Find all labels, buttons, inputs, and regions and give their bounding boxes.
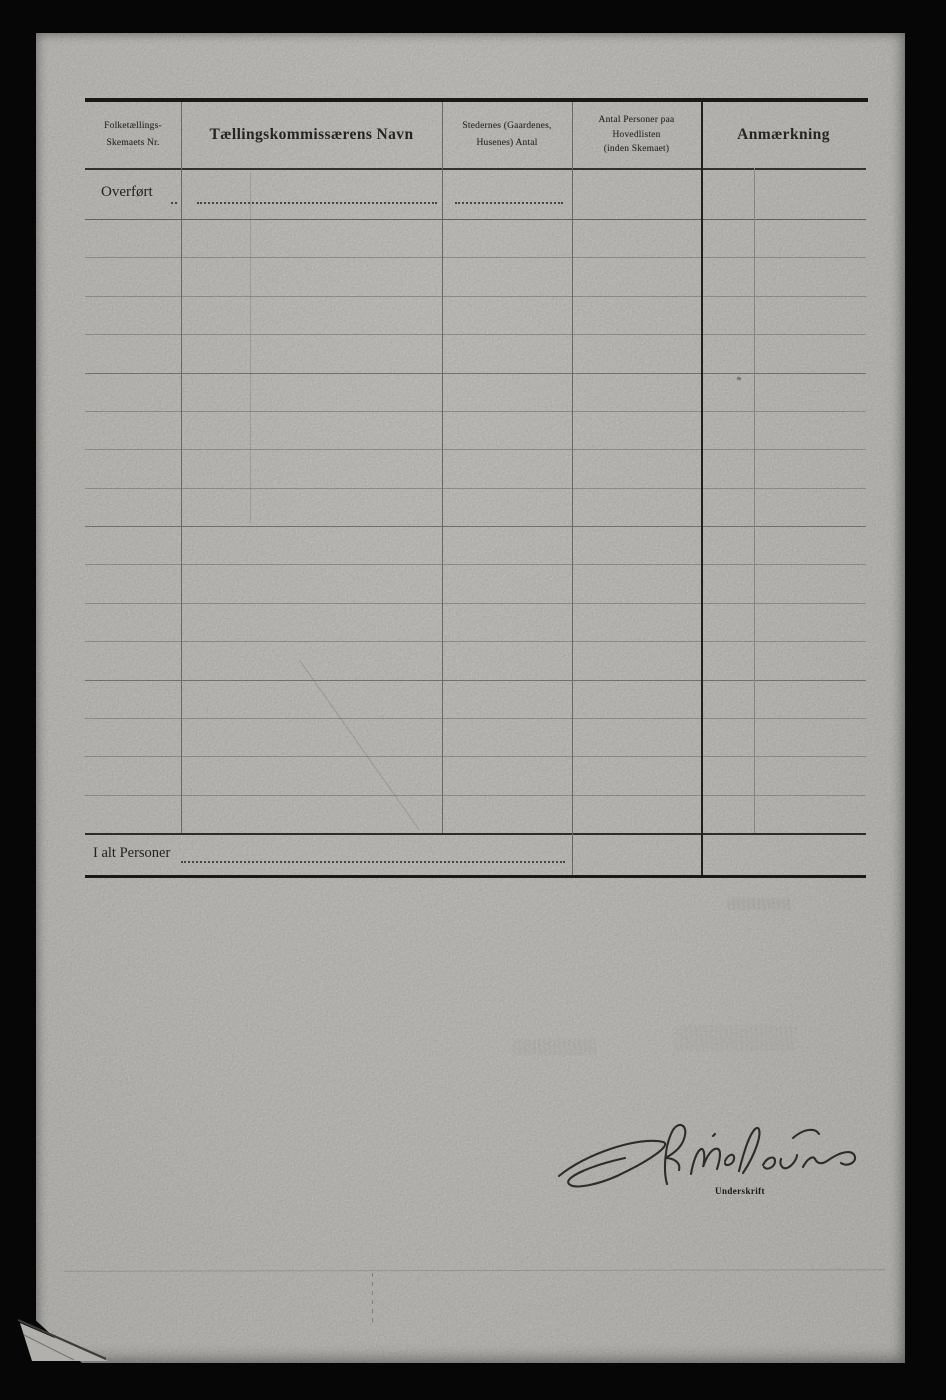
column-header-kommissaer-navn: Tællingskommissærens Navn (181, 102, 442, 168)
col-divider (572, 168, 573, 833)
header-line: Antal Personer paa (599, 113, 675, 128)
empty-row-rule (85, 718, 866, 719)
empty-row-rule (85, 641, 866, 642)
header-line: Skemaets Nr. (106, 135, 159, 152)
empty-row-rule (85, 756, 866, 757)
empty-row-rule (85, 564, 866, 565)
header-line: (inden Skemaet) (604, 142, 670, 157)
carry-forward-label: Overført (101, 184, 153, 201)
anmaerkning-inner-divider (754, 168, 755, 833)
empty-row-rule (85, 334, 866, 335)
ink-bleedthrough-smudge (728, 898, 792, 910)
census-table: Folketællings- Skemaets Nr. Tællingskomm… (85, 98, 868, 880)
body-bottom-rule (85, 833, 866, 835)
header-line: Anmærkning (737, 126, 830, 144)
empty-row-rule (85, 526, 866, 527)
col-divider (572, 833, 573, 875)
header-line: Tællingskommissærens Navn (210, 126, 414, 144)
census-form-page: Folketællings- Skemaets Nr. Tællingskomm… (36, 33, 905, 1363)
paper-crease (372, 1273, 373, 1325)
folded-corner (14, 1311, 120, 1365)
empty-row-rule (85, 296, 866, 297)
table-bottom-rule (85, 875, 866, 878)
signature-handwriting (555, 1118, 865, 1196)
signature-caption: Underskrift (670, 1186, 810, 1196)
ink-bleedthrough-smudge (514, 1039, 596, 1055)
column-header-antal-personer: Antal Personer paa Hovedlisten (inden Sk… (572, 102, 701, 168)
carry-row-rule (85, 219, 866, 220)
col-divider-bold (701, 833, 703, 875)
header-line: Husenes) Antal (476, 135, 537, 152)
col-divider-bold (701, 168, 703, 833)
empty-row-rule (85, 411, 866, 412)
empty-row-rule (85, 257, 866, 258)
header-line: Folketællings- (104, 118, 162, 135)
empty-row-rule (85, 373, 866, 374)
scanned-document-stage: Folketællings- Skemaets Nr. Tællingskomm… (0, 0, 946, 1400)
empty-row-rule (85, 680, 866, 681)
paper-crease (250, 173, 251, 523)
col-divider (181, 168, 182, 833)
column-header-anmaerkning: Anmærkning (701, 102, 866, 168)
empty-row-rule (85, 795, 866, 796)
header-bottom-rule (85, 168, 866, 170)
header-line: Stedernes (Gaardenes, (462, 118, 551, 135)
paper-crease (64, 1269, 886, 1271)
empty-row-rule (85, 488, 866, 489)
empty-row-rule (85, 603, 866, 604)
dotted-entry-line (197, 190, 437, 204)
total-persons-label: I alt Personer (93, 845, 170, 862)
empty-row-rule (85, 449, 866, 450)
col-divider (442, 168, 443, 833)
column-header-steder-antal: Stedernes (Gaardenes, Husenes) Antal (442, 102, 572, 168)
ink-bleedthrough-smudge (676, 1025, 796, 1051)
dotted-entry-line (181, 849, 565, 863)
column-header-skema-nr: Folketællings- Skemaets Nr. (85, 102, 181, 168)
dotted-entry-line (455, 190, 563, 204)
dotted-entry-line (171, 190, 177, 204)
header-line: Hovedlisten (612, 128, 660, 143)
